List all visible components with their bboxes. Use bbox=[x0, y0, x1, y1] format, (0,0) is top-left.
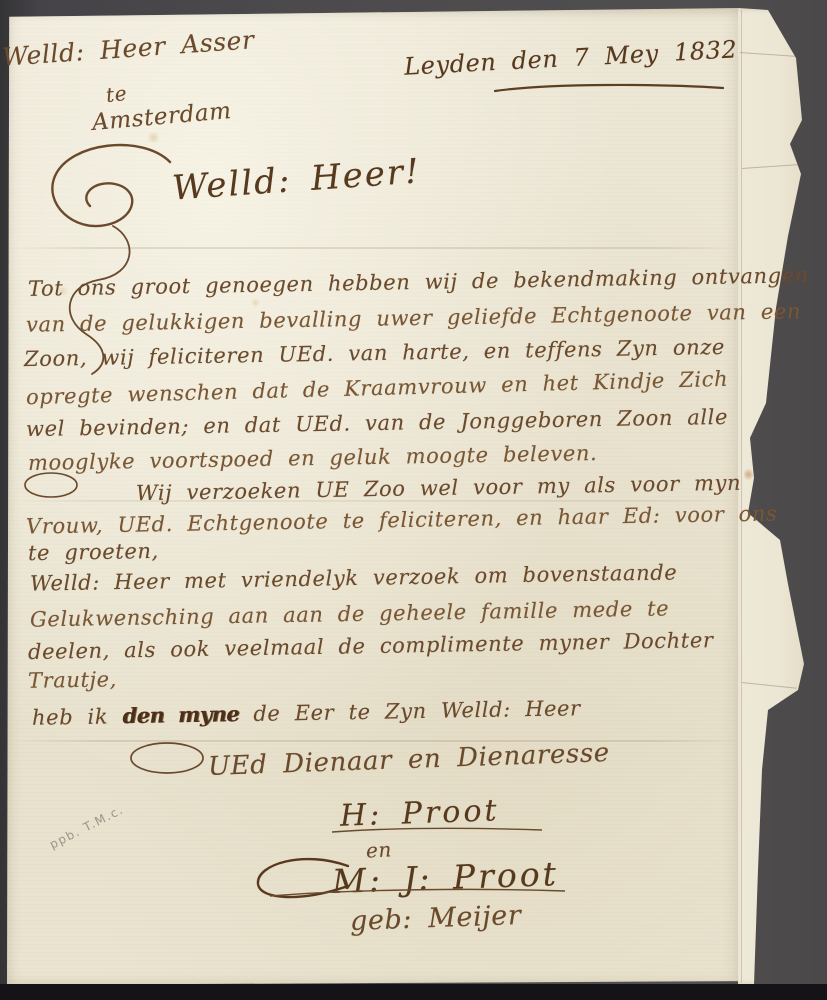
signature-crossbar bbox=[330, 826, 545, 834]
signature-crossbar bbox=[268, 886, 568, 898]
loop-flourish bbox=[128, 740, 206, 776]
body-line: Trautje, bbox=[28, 667, 117, 693]
scan-bottom-strip bbox=[0, 984, 827, 1000]
folded-leaf-edge bbox=[738, 8, 810, 985]
fold-crease bbox=[10, 740, 742, 742]
loop-flourish bbox=[22, 470, 80, 500]
signature-maiden-name: geb: Meijer bbox=[350, 900, 522, 937]
signature-conjunction: en bbox=[365, 837, 392, 862]
letter-scan: Welld: Heer Asser te Amsterdam Leyden de… bbox=[0, 0, 827, 1000]
leaf-edge-line bbox=[741, 10, 742, 983]
closing-part1: heb ik bbox=[32, 704, 109, 729]
date-underline-flourish bbox=[492, 80, 727, 96]
foxing-spot bbox=[250, 298, 261, 307]
closing-overwritten: den myne bbox=[122, 701, 239, 728]
address-te: te bbox=[105, 81, 128, 107]
foxing-spot bbox=[744, 468, 753, 481]
body-line: te groeten, bbox=[28, 539, 159, 565]
